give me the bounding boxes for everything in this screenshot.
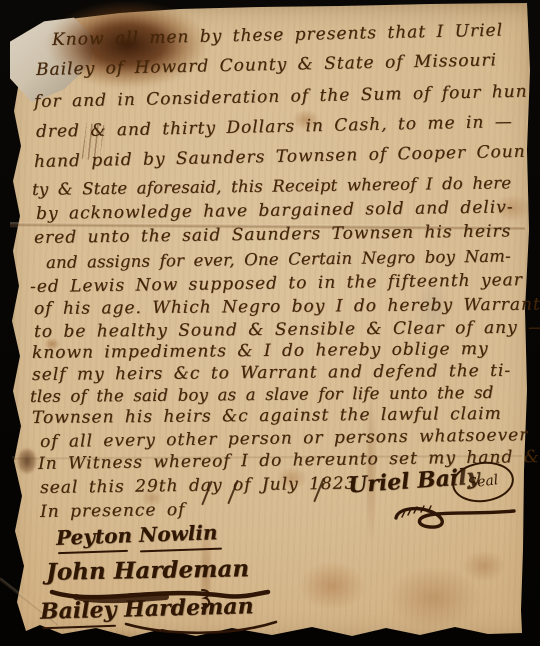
manuscript-line-10: -ed Lewis Now supposed to in the fifteen… [30,270,523,297]
manuscript-line-7: by acknowledge have bargained sold and d… [36,197,514,224]
signature-flourish [388,498,523,532]
manuscript-line-3: for and in Consideration of the Sum of f… [34,82,528,112]
witness-signature-john-hardeman: John Hardeman [46,555,250,586]
manuscript-line-8: ered unto the said Saunders Townsen his … [34,221,512,248]
signature-underline [140,548,222,553]
signature-underline [58,550,128,554]
manuscript-line-9: and assigns for ever, One Certain Negro … [46,247,511,272]
manuscript-line-6: ty & State aforesaid, this Receipt where… [32,173,511,199]
manuscript-line-15: tles of the said boy as a slave for life… [30,383,494,406]
manuscript-line-1: Know all men by these presents that I Ur… [52,21,503,50]
presence-line: In presence of [40,500,186,522]
manuscript-line-13: known impediments & I do hereby oblige m… [32,339,489,363]
seal-label: Seal [467,472,499,492]
manuscript-line-19: seal this 29th day of July 1823 [40,474,357,498]
flourish-mark [198,586,214,612]
manuscript-line-11: of his age. Which Negro boy I do hereby … [34,295,540,319]
bailey-flourish [122,618,282,638]
manuscript-line-14: self my heirs &c to Warrant and defend t… [32,361,511,385]
manuscript-line-16: Townsen his heirs &c against the lawful … [32,404,502,428]
signature-underline [42,625,116,630]
hardeman-flourish [46,584,276,608]
manuscript-line-4: dred & and thirty Dollars in Cash, to me… [36,112,513,142]
manuscript-line-2: Bailey of Howard County & State of Misso… [36,50,497,80]
manuscript-line-5: hand paid by Saunders Townsen of Cooper … [34,142,526,172]
scanned-document: Know all men by these presents that I Ur… [0,0,540,646]
witness-signature-peyton-nowlin: Peyton Nowlin [56,520,218,550]
manuscript-text: Know all men by these presents that I Ur… [0,0,540,646]
